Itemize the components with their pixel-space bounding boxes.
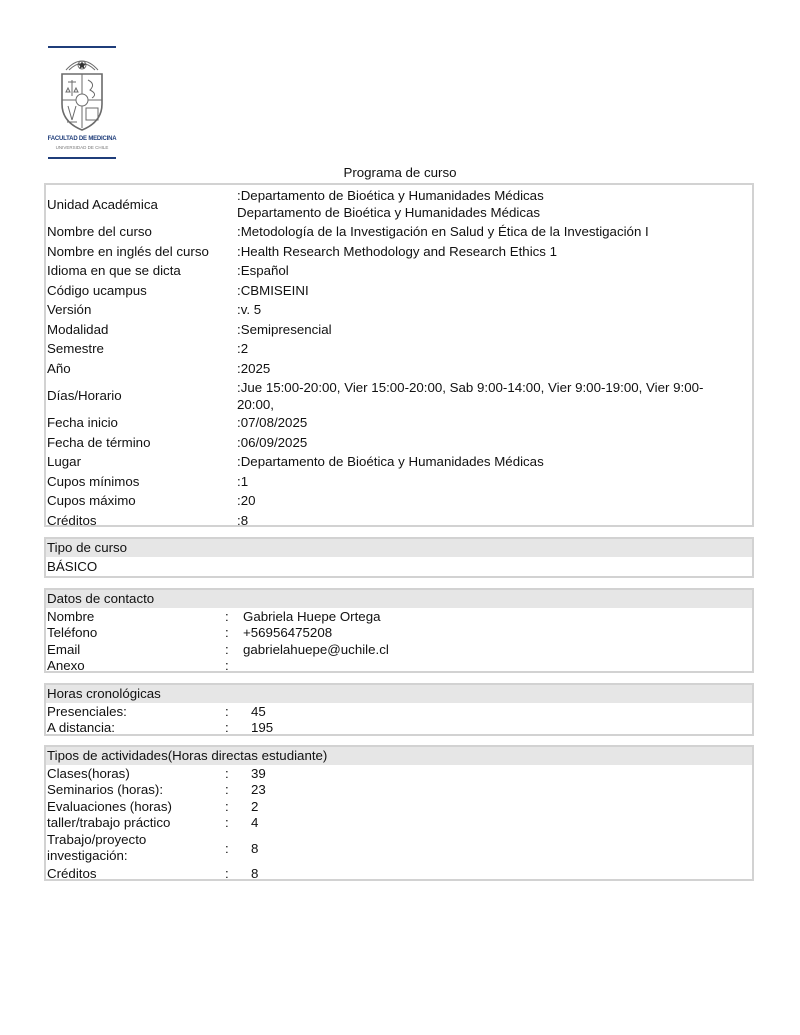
field-separator: : <box>225 609 243 624</box>
field-value: :8 <box>237 512 752 529</box>
field-value: 195 <box>251 719 752 736</box>
field-label: Lugar <box>46 454 237 469</box>
field-value: :Jue 15:00-20:00, Vier 15:00-20:00, Sab … <box>237 379 752 413</box>
field-label: Cupos mínimos <box>46 474 237 489</box>
field-separator: : <box>225 642 243 657</box>
field-label: Evaluaciones (horas) <box>46 799 225 814</box>
activity-row-evaluaciones: Evaluaciones (horas) : 2 <box>46 798 752 815</box>
section-header: Tipo de curso <box>46 539 752 557</box>
info-row-lugar: Lugar :Departamento de Bioética y Humani… <box>46 452 752 472</box>
field-label: Presenciales: <box>46 704 225 719</box>
field-value: :2 <box>237 340 752 357</box>
contact-row-email: Email : gabrielahuepe@uchile.cl <box>46 641 752 658</box>
hours-row-presenciales: Presenciales: : 45 <box>46 703 752 720</box>
logo-top-rule <box>48 46 116 48</box>
field-value: gabrielahuepe@uchile.cl <box>243 641 752 658</box>
field-separator: : <box>225 866 251 881</box>
logo-faculty-name: FACULTAD DE MEDICINA <box>46 136 118 142</box>
field-value: :1 <box>237 473 752 490</box>
contact-row-nombre: Nombre : Gabriela Huepe Ortega <box>46 608 752 625</box>
field-value: Gabriela Huepe Ortega <box>243 608 752 625</box>
field-separator: : <box>225 704 251 719</box>
contact-row-telefono: Teléfono : +56956475208 <box>46 625 752 642</box>
info-row-version: Versión :v. 5 <box>46 300 752 320</box>
field-label: Idioma en que se dicta <box>46 263 237 278</box>
info-row-horario: Días/Horario :Jue 15:00-20:00, Vier 15:0… <box>46 378 752 413</box>
field-separator: : <box>225 720 251 735</box>
field-value: :06/09/2025 <box>237 434 752 451</box>
faculty-logo: FACULTAD DE MEDICINA UNIVERSIDAD DE CHIL… <box>46 46 118 160</box>
field-value: 8 <box>251 865 752 882</box>
info-row-semestre: Semestre :2 <box>46 339 752 359</box>
info-row-anio: Año :2025 <box>46 359 752 379</box>
field-value: :Departamento de Bioética y Humanidades … <box>237 453 752 470</box>
field-value: :Departamento de Bioética y Humanidades … <box>237 187 752 221</box>
field-value: 2 <box>251 798 752 815</box>
field-value: 4 <box>251 814 752 831</box>
hours-row-distancia: A distancia: : 195 <box>46 720 752 737</box>
field-separator: : <box>225 766 251 781</box>
field-separator: : <box>225 658 243 673</box>
activity-row-taller: taller/trabajo práctico : 4 <box>46 815 752 832</box>
field-label: Modalidad <box>46 322 237 337</box>
contact-section: Datos de contacto Nombre : Gabriela Huep… <box>44 588 754 673</box>
field-label: Trabajo/proyecto investigación: <box>46 832 167 864</box>
logo-bottom-rule <box>48 157 116 159</box>
activity-types-section: Tipos de actividades(Horas directas estu… <box>44 745 754 881</box>
field-value: :2025 <box>237 360 752 377</box>
field-label: A distancia: <box>46 720 225 735</box>
course-general-info: Unidad Académica :Departamento de Bioéti… <box>44 183 754 527</box>
activity-row-proyecto: Trabajo/proyecto investigación: : 8 <box>46 831 752 865</box>
field-value-line1: :Departamento de Bioética y Humanidades … <box>237 187 752 204</box>
field-value: :Metodología de la Investigación en Salu… <box>237 223 752 240</box>
info-row-nombre-ingles: Nombre en inglés del curso :Health Resea… <box>46 242 752 262</box>
logo-university-name: UNIVERSIDAD DE CHILE <box>46 145 118 150</box>
course-type-section: Tipo de curso BÁSICO <box>44 537 754 578</box>
field-label: Unidad Académica <box>46 197 237 212</box>
field-label: Fecha de término <box>46 435 237 450</box>
info-row-modalidad: Modalidad :Semipresencial <box>46 320 752 340</box>
field-label: Cupos máximo <box>46 493 237 508</box>
field-value: :07/08/2025 <box>237 414 752 431</box>
field-separator: : <box>225 799 251 814</box>
field-label: Seminarios (horas): <box>46 782 225 797</box>
course-type-value: BÁSICO <box>46 557 752 576</box>
field-value: :CBMISEINI <box>237 282 752 299</box>
field-label: taller/trabajo práctico <box>46 815 225 830</box>
info-row-unidad: Unidad Académica :Departamento de Bioéti… <box>46 186 752 222</box>
field-separator: : <box>225 782 251 797</box>
activity-row-seminarios: Seminarios (horas): : 23 <box>46 782 752 799</box>
section-header: Datos de contacto <box>46 590 752 608</box>
field-separator: : <box>225 841 251 856</box>
field-label: Año <box>46 361 237 376</box>
info-row-nombre-curso: Nombre del curso :Metodología de la Inve… <box>46 222 752 242</box>
field-label: Versión <box>46 302 237 317</box>
field-value: :Español <box>237 262 752 279</box>
info-row-codigo: Código ucampus :CBMISEINI <box>46 281 752 301</box>
field-value: :v. 5 <box>237 301 752 318</box>
info-row-fecha-inicio: Fecha inicio :07/08/2025 <box>46 413 752 433</box>
field-label: Nombre en inglés del curso <box>46 244 237 259</box>
field-separator: : <box>225 815 251 830</box>
field-value: +56956475208 <box>243 624 752 641</box>
field-value: 23 <box>251 781 752 798</box>
field-label: Días/Horario <box>46 388 237 403</box>
info-row-creditos: Créditos :8 <box>46 511 752 531</box>
field-value: :Semipresencial <box>237 321 752 338</box>
section-header: Horas cronológicas <box>46 685 752 703</box>
activity-row-clases: Clases(horas) : 39 <box>46 765 752 782</box>
field-value: :20 <box>237 492 752 509</box>
field-value-line2: Departamento de Bioética y Humanidades M… <box>237 204 752 221</box>
university-crest-icon <box>54 52 110 134</box>
document-title: Programa de curso <box>0 165 800 180</box>
field-label: Semestre <box>46 341 237 356</box>
field-label: Email <box>46 642 225 657</box>
field-label: Anexo <box>46 658 225 673</box>
contact-row-anexo: Anexo : <box>46 658 752 675</box>
field-value: 39 <box>251 765 752 782</box>
info-row-cupos-maximo: Cupos máximo :20 <box>46 491 752 511</box>
field-label: Fecha inicio <box>46 415 237 430</box>
chronological-hours-section: Horas cronológicas Presenciales: : 45 A … <box>44 683 754 736</box>
field-label: Clases(horas) <box>46 766 225 781</box>
info-row-idioma: Idioma en que se dicta :Español <box>46 261 752 281</box>
field-separator: : <box>225 625 243 640</box>
field-label: Créditos <box>46 513 237 528</box>
field-label: Nombre <box>46 609 225 624</box>
section-header: Tipos de actividades(Horas directas estu… <box>46 747 752 765</box>
info-row-fecha-termino: Fecha de término :06/09/2025 <box>46 433 752 453</box>
field-label: Teléfono <box>46 625 225 640</box>
field-value: :Health Research Methodology and Researc… <box>237 243 752 260</box>
field-label: Código ucampus <box>46 283 237 298</box>
activity-row-creditos: Créditos : 8 <box>46 865 752 882</box>
field-label: Créditos <box>46 866 225 881</box>
field-label: Nombre del curso <box>46 224 237 239</box>
field-value: 45 <box>251 703 752 720</box>
info-row-cupos-minimos: Cupos mínimos :1 <box>46 472 752 492</box>
field-value: 8 <box>251 840 752 857</box>
